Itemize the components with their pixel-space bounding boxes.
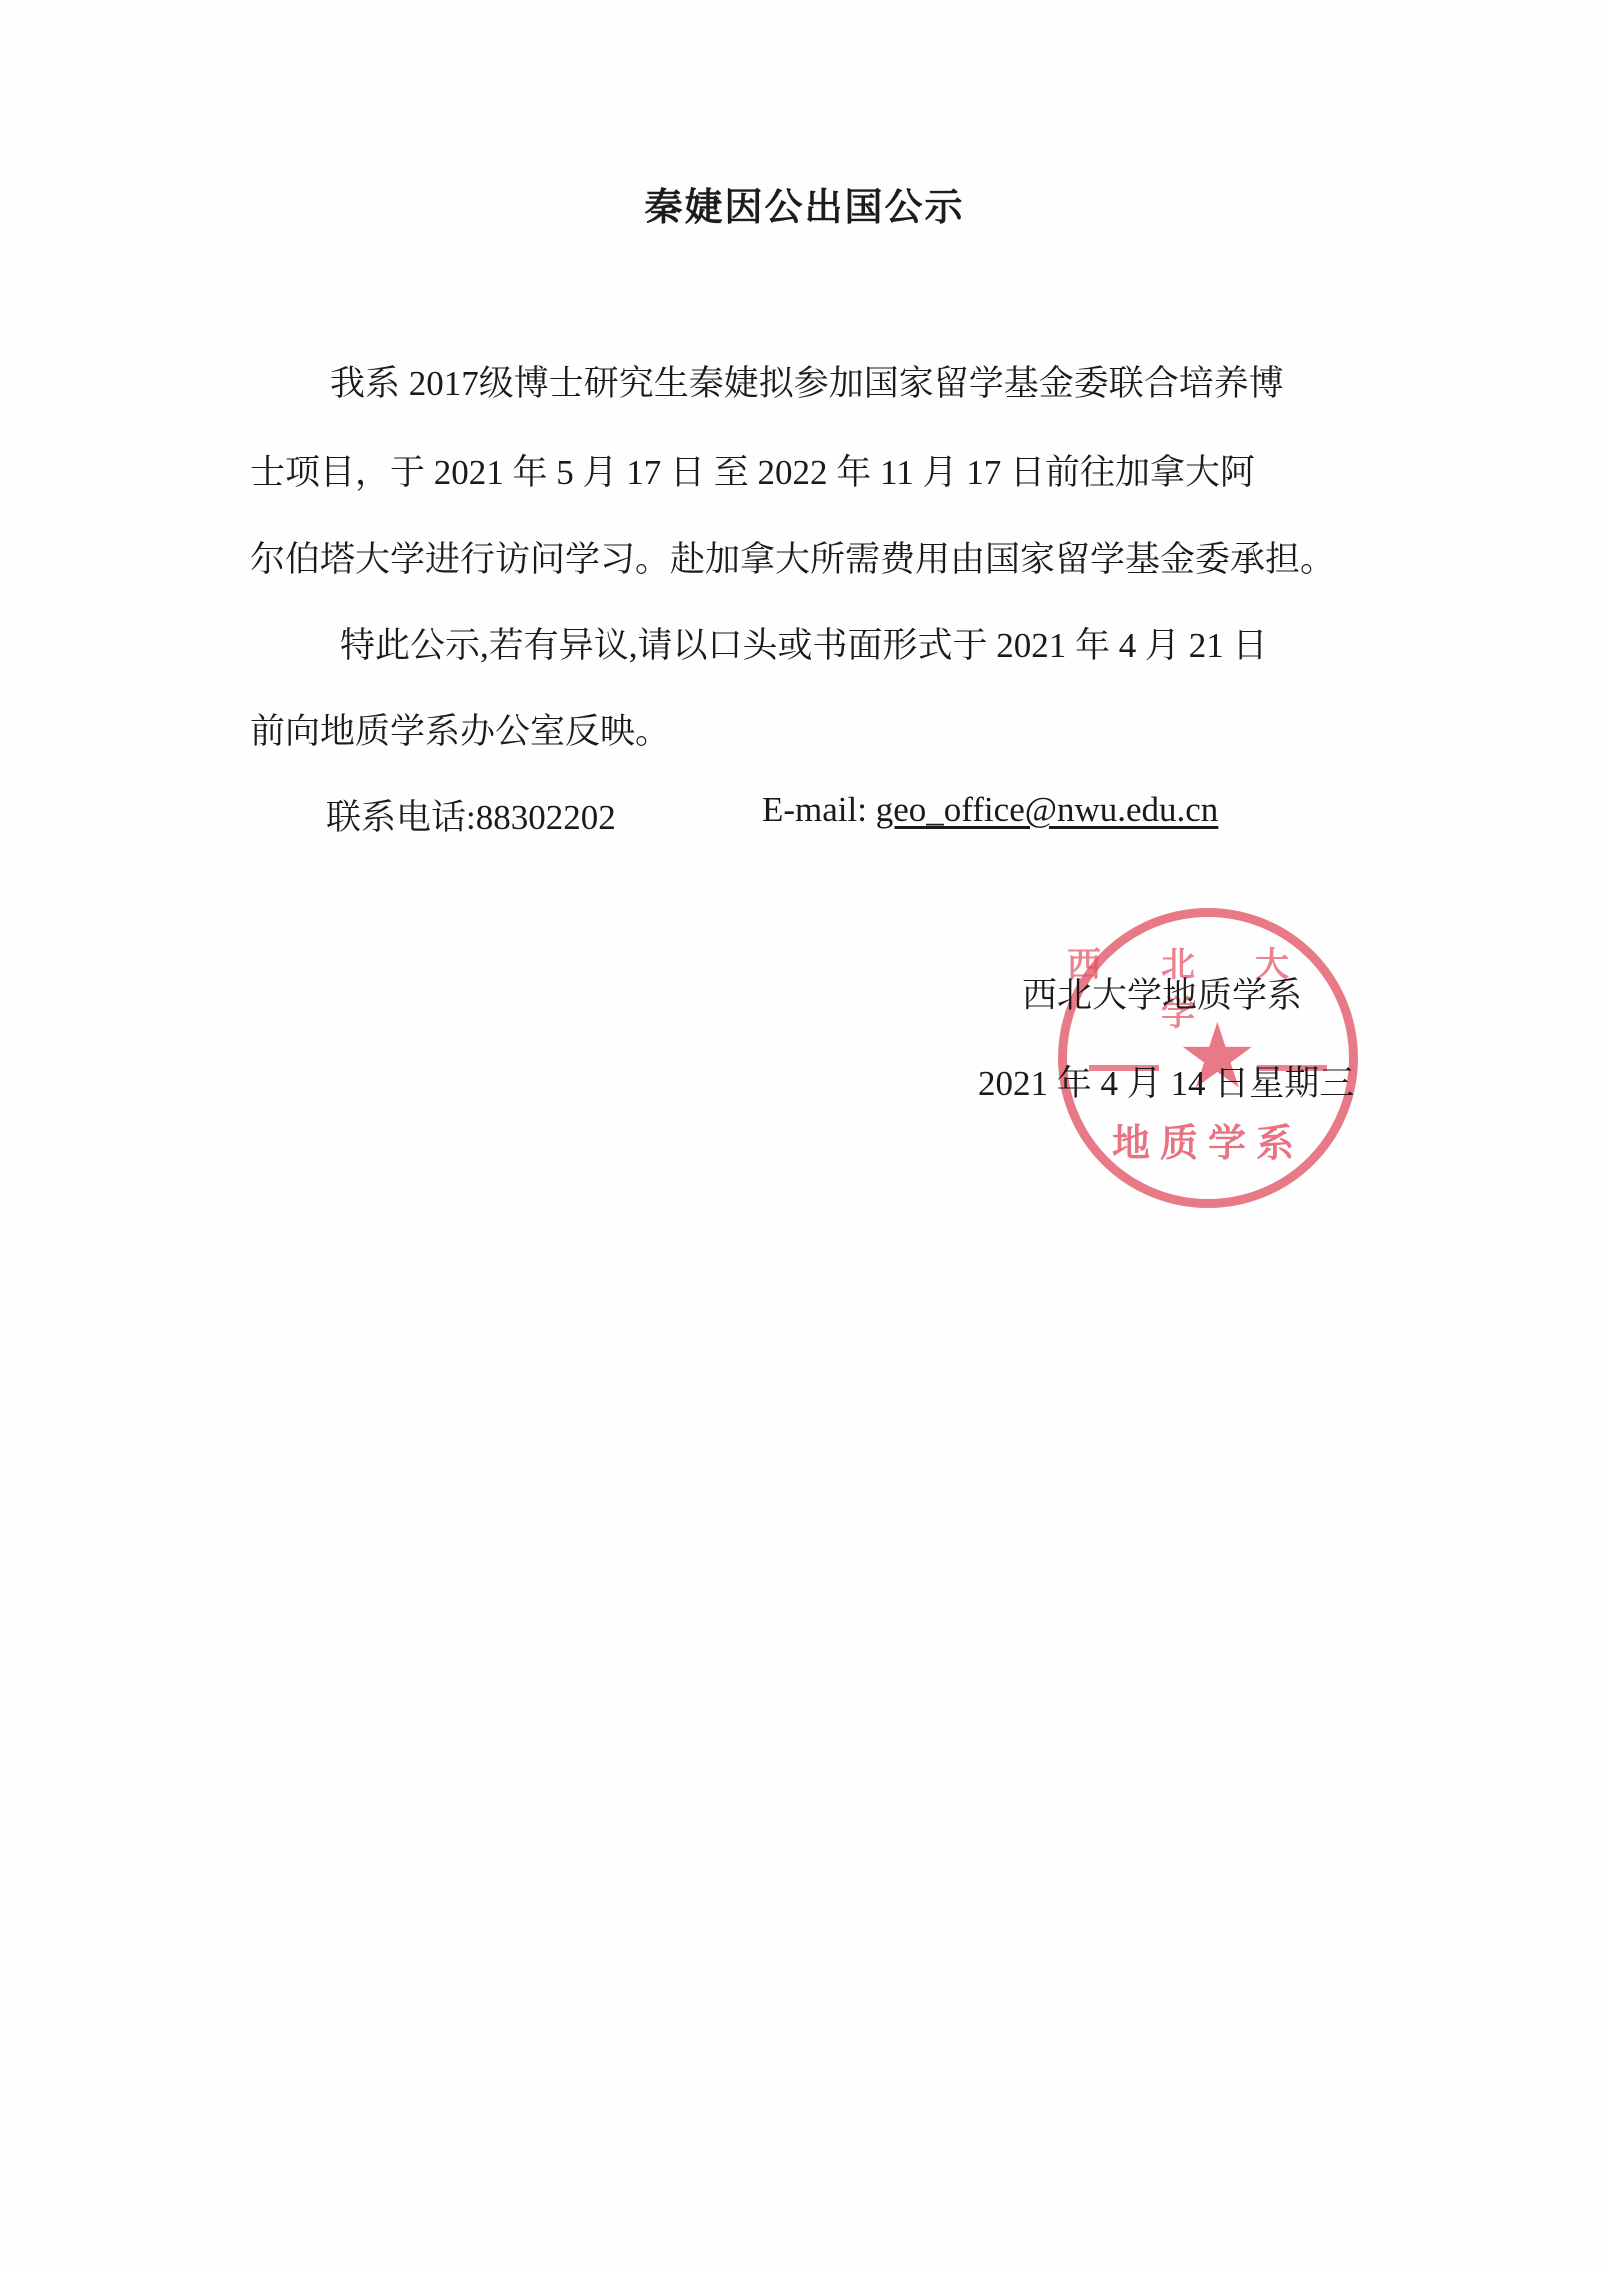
signature-organization: 西北大学地质学系 [1022,968,1302,1018]
seal-bottom-text: 地质学系 [1067,1112,1349,1167]
paragraph-1-line-1: 我系 2017级博士研究生秦婕拟参加国家留学基金委联合培养博 [330,356,1284,406]
contact-phone: 联系电话:88302202 [326,790,616,840]
paragraph-2-line-1: 特此公示,若有异议,请以口头或书面形式于 2021 年 4 月 21 日 [340,618,1268,668]
contact-email: E-mail: geo_office@nwu.edu.cn [762,790,1218,830]
paragraph-2-line-2: 前向地质学系办公室反映。 [250,704,670,754]
email-label: E-mail: [762,790,876,829]
email-link[interactable]: geo_office@nwu.edu.cn [876,790,1219,829]
paragraph-1-line-2: 士项目，于 2021 年 5 月 17 日 至 2022 年 11 月 17 日… [250,445,1255,495]
signature-date: 2021 年 4 月 14 日星期三 [978,1056,1354,1106]
document-title: 秦婕因公出国公示 [0,176,1609,231]
document-page: 秦婕因公出国公示 我系 2017级博士研究生秦婕拟参加国家留学基金委联合培养博 … [0,0,1609,2273]
paragraph-1-line-3: 尔伯塔大学进行访问学习。赴加拿大所需费用由国家留学基金委承担。 [250,532,1335,582]
